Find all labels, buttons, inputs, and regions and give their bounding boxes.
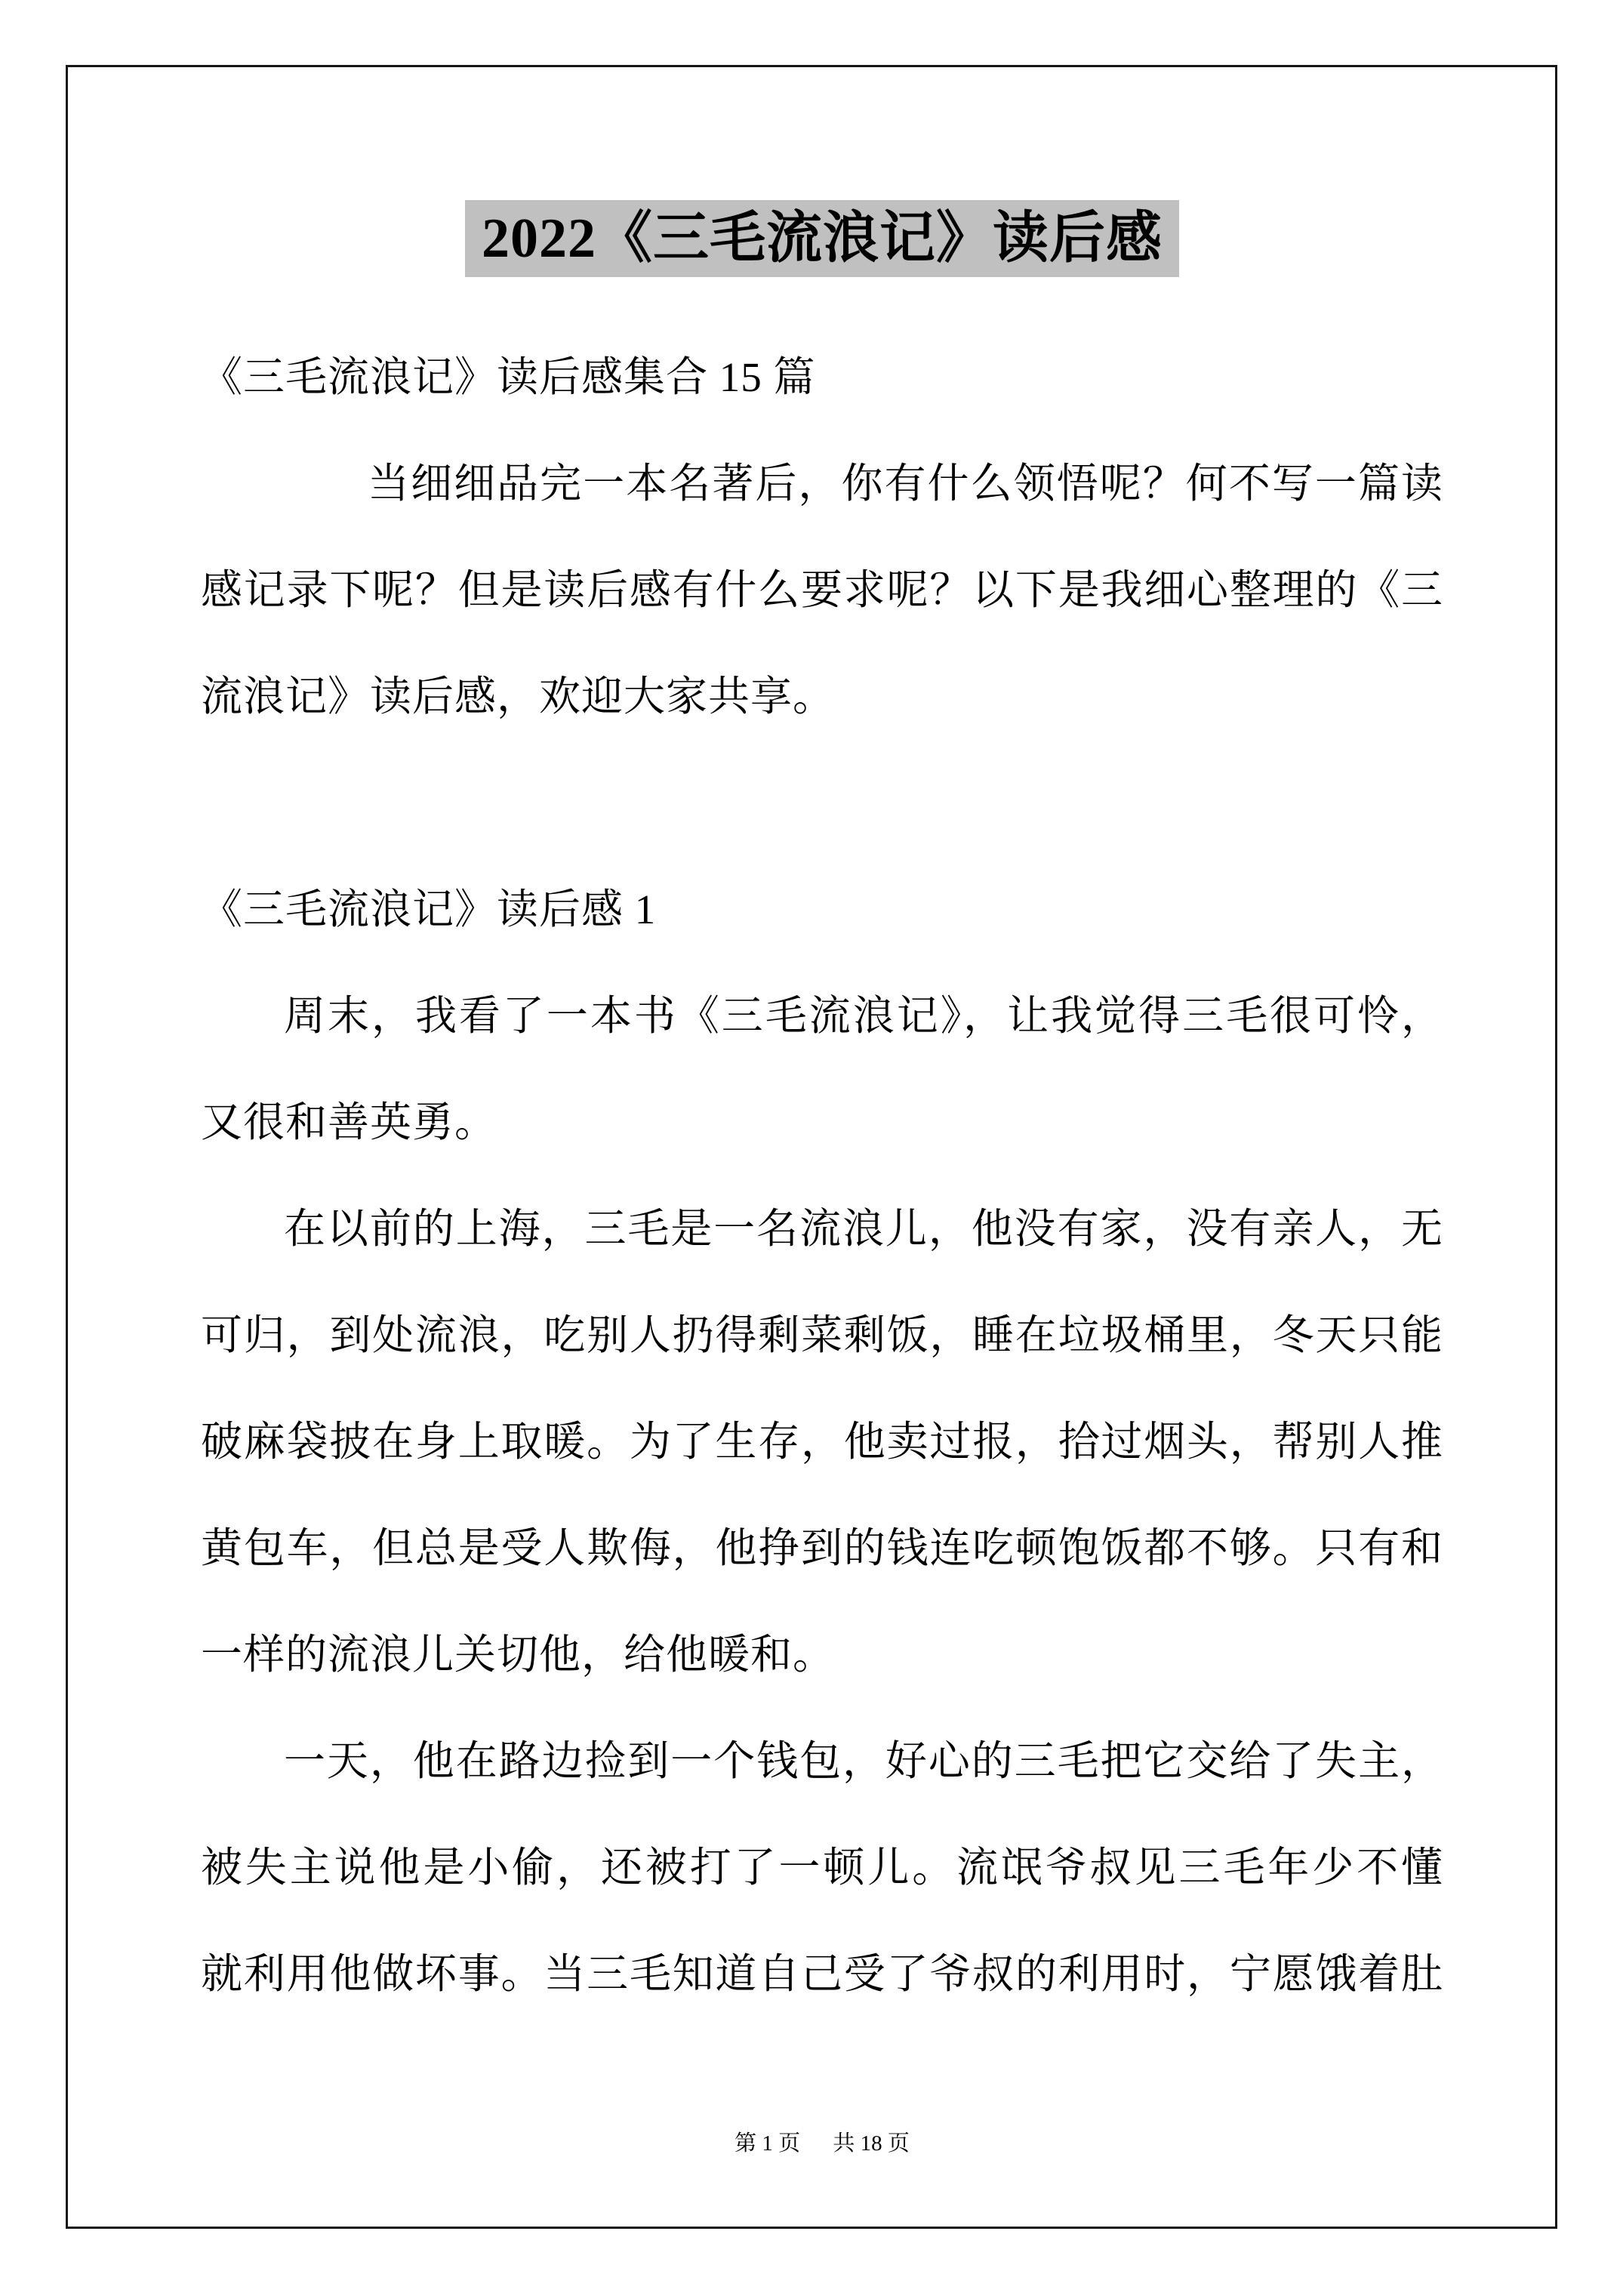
text-line: 一样的流浪儿关切他，给他暖和。 [201, 1601, 1443, 1708]
text-line: 在以前的上海，三毛是一名流浪儿，他没有家，没有亲人，无家 [201, 1176, 1443, 1282]
document-body: 《三毛流浪记》读后感集合 15 篇当细细品完一本名著后，你有什么领悟呢？何不写一… [201, 324, 1443, 2027]
text-line: 流浪记》读后感，欢迎大家共享。 [201, 643, 1443, 750]
page-border-frame: 2022《三毛流浪记》读后感 《三毛流浪记》读后感集合 15 篇当细细品完一本名… [66, 65, 1557, 2229]
document-page: { "document": { "title": "2022《三毛流浪记》读后感… [0, 0, 1623, 2296]
page-footer: 第 1 页 共 18 页 [201, 2128, 1443, 2159]
text-line: 感记录下呢？但是读后感有什么要求呢？以下是我细心整理的《三毛 [201, 537, 1443, 643]
document-title: 2022《三毛流浪记》读后感 [201, 200, 1443, 277]
page-count-total: 共 18 页 [833, 2131, 910, 2156]
text-line: 破麻袋披在身上取暖。为了生存，他卖过报，拾过烟头，帮别人推过 [201, 1388, 1443, 1495]
text-line: 又很和善英勇。 [201, 1069, 1443, 1176]
text-line: 被失主说他是小偷，还被打了一顿儿。流氓爷叔见三毛年少不懂事， [201, 1814, 1443, 1921]
text-line: 就利用他做坏事。当三毛知道自己受了爷叔的利用时，宁愿饿着肚子， [201, 1921, 1443, 2027]
text-line: 《三毛流浪记》读后感集合 15 篇 [201, 324, 1443, 430]
blank-line [201, 750, 1443, 856]
text-line: 可归，到处流浪，吃别人扔得剩菜剩饭，睡在垃圾桶里，冬天只能把 [201, 1282, 1443, 1388]
text-line: 当细细品完一本名著后，你有什么领悟呢？何不写一篇读后 [201, 430, 1443, 537]
title-highlight: 2022《三毛流浪记》读后感 [465, 200, 1179, 277]
page-number-current: 第 1 页 [735, 2131, 800, 2156]
text-line: 周末，我看了一本书《三毛流浪记》，让我觉得三毛很可怜，同时 [201, 963, 1443, 1069]
text-line: 一天，他在路边捡到一个钱包，好心的三毛把它交给了失主，却 [201, 1708, 1443, 1814]
text-line: 黄包车，但总是受人欺侮，他挣到的钱连吃顿饱饭都不够。只有和他 [201, 1495, 1443, 1601]
text-line: 《三毛流浪记》读后感 1 [201, 856, 1443, 963]
